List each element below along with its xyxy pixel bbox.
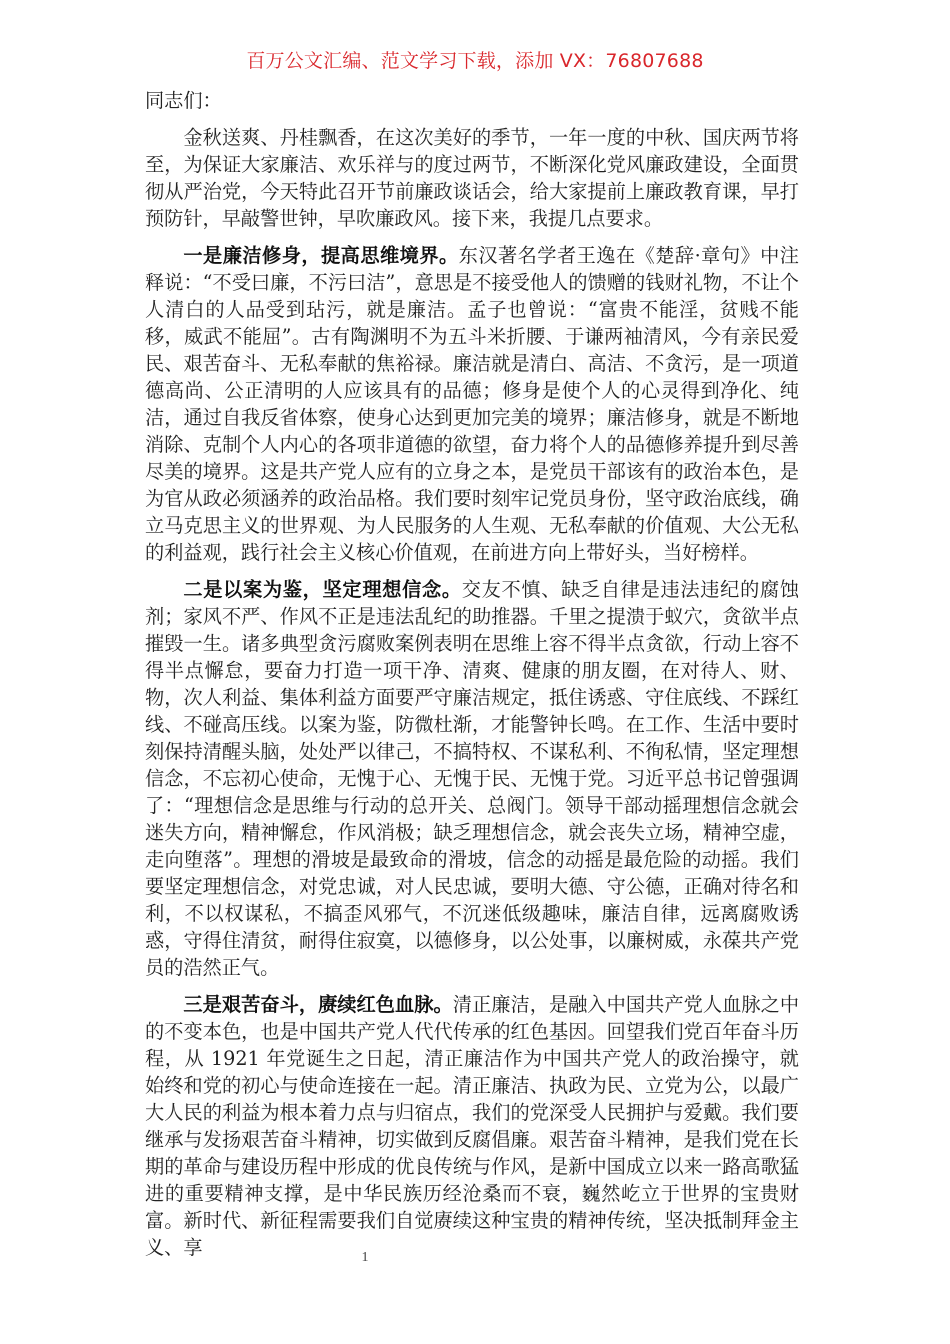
document-page: 百万公文汇编、范文学习下载，添加 VX：76807688 同志们： 金秋送爽、丹…: [0, 0, 950, 1344]
section-body-2: 交友不慎、缺乏自律是违法违纪的腐蚀剂；家风不严、作风不正是违法乱纪的助推器。千里…: [145, 578, 799, 979]
watermark-banner: 百万公文汇编、范文学习下载，添加 VX：76807688: [0, 46, 950, 73]
page-number: 1: [358, 1250, 372, 1266]
section-paragraph-3: 三是艰苦奋斗，赓续红色血脉。清正廉洁，是融入中国共产党人血脉之中的不变本色，也是…: [145, 991, 799, 1261]
section-heading-3: 三是艰苦奋斗，赓续红色血脉。: [183, 993, 452, 1016]
document-body: 同志们： 金秋送爽、丹桂飘香，在这次美好的季节，一年一度的中秋、国庆两节将至，为…: [145, 87, 799, 1271]
section-heading-1: 一是廉洁修身，提高思维境界。: [183, 244, 458, 267]
section-body-1: 东汉著名学者王逸在《楚辞·章句》中注释说：“不受曰廉，不污曰洁”，意思是不接受他…: [145, 244, 799, 564]
section-paragraph-1: 一是廉洁修身，提高思维境界。东汉著名学者王逸在《楚辞·章句》中注释说：“不受曰廉…: [145, 242, 799, 566]
section-body-3: 清正廉洁，是融入中国共产党人血脉之中的不变本色，也是中国共产党人代代传承的红色基…: [145, 993, 799, 1259]
salutation: 同志们：: [145, 87, 799, 114]
intro-paragraph: 金秋送爽、丹桂飘香，在这次美好的季节，一年一度的中秋、国庆两节将至，为保证大家廉…: [145, 124, 799, 232]
section-paragraph-2: 二是以案为鉴，坚定理想信念。交友不慎、缺乏自律是违法违纪的腐蚀剂；家风不严、作风…: [145, 576, 799, 981]
section-heading-2: 二是以案为鉴，坚定理想信念。: [183, 578, 461, 601]
